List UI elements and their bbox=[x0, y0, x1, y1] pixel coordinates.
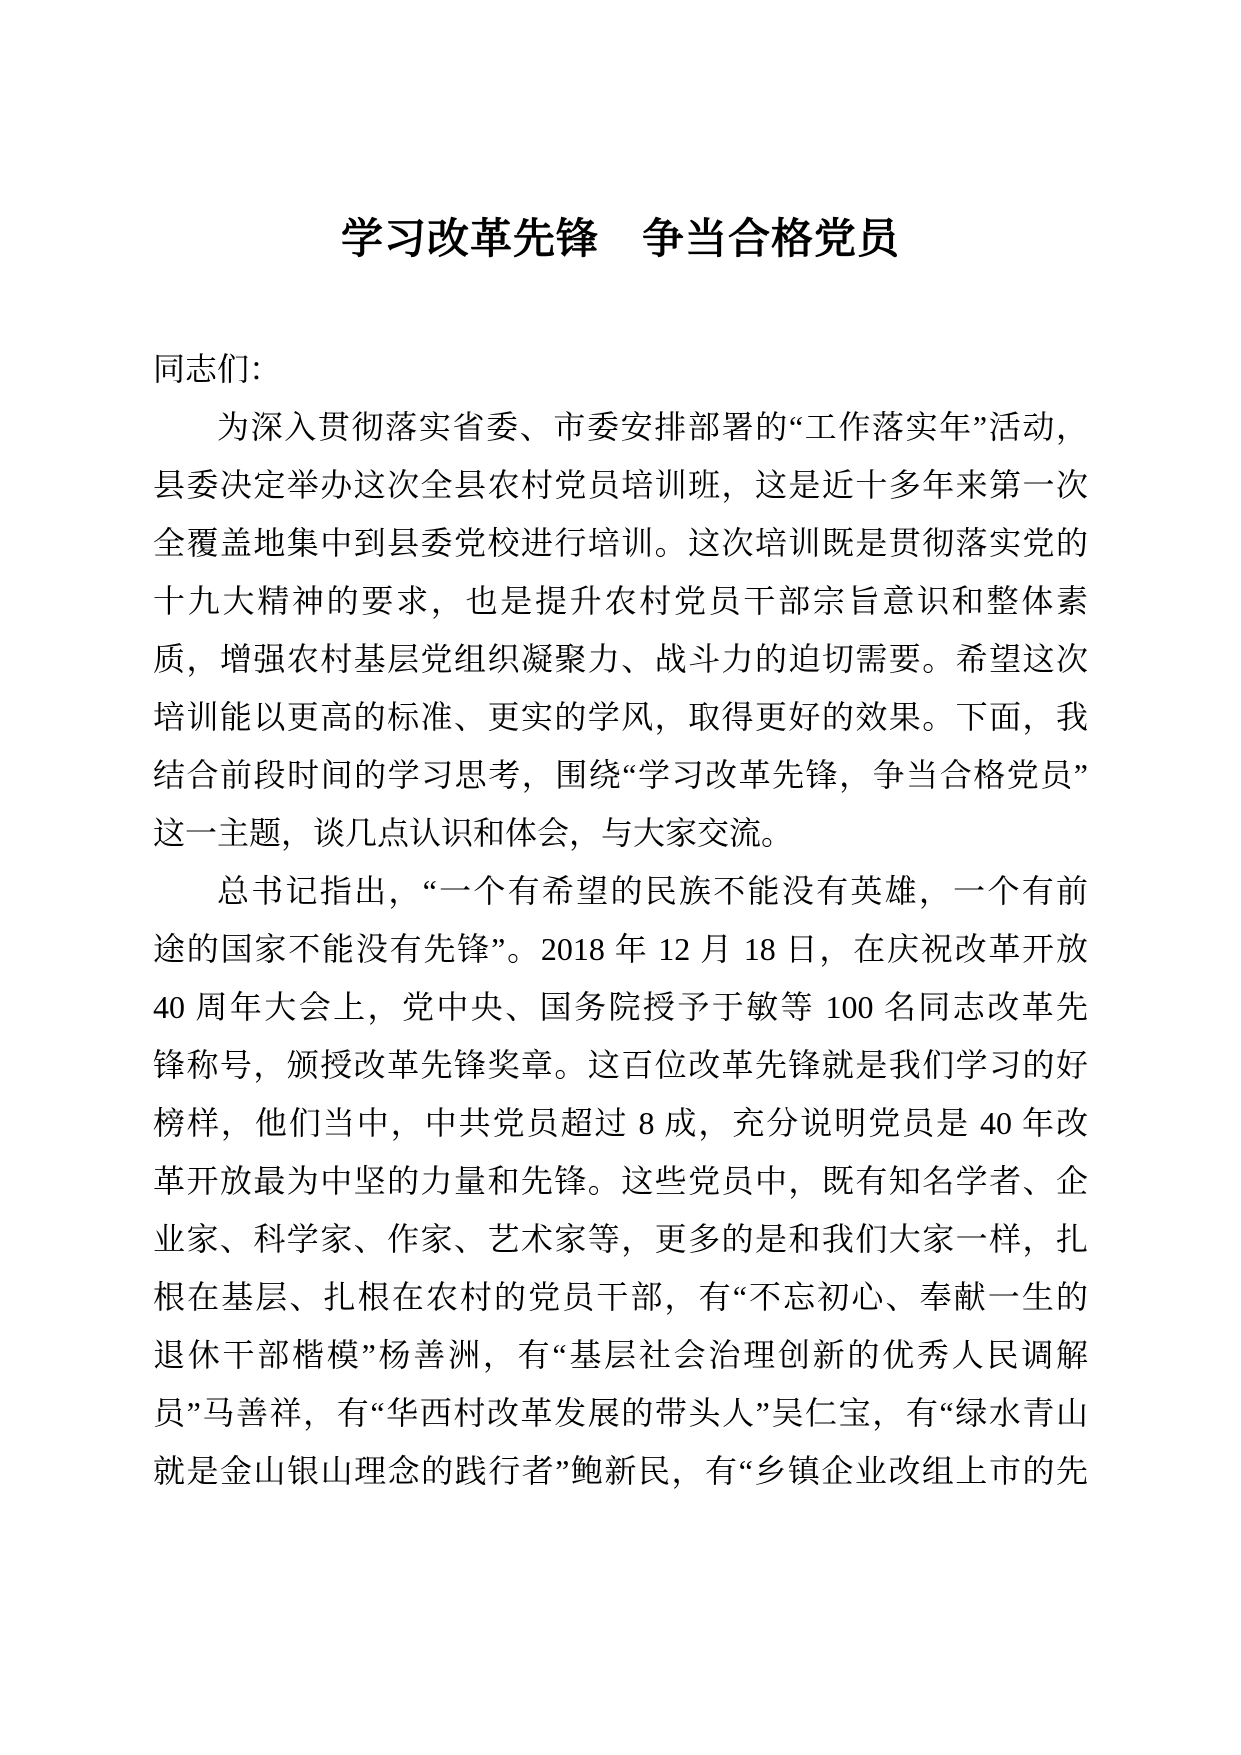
text-line: 全覆盖地集中到县委党校进行培训。这次培训既是贯彻落实党的 bbox=[153, 514, 1088, 572]
text-line: 锋称号，颁授改革先锋奖章。这百位改革先锋就是我们学习的好 bbox=[153, 1036, 1088, 1094]
text-line: 这一主题，谈几点认识和体会，与大家交流。 bbox=[153, 804, 1088, 862]
paragraphs-container: 为深入贯彻落实省委、市委安排部署的“工作落实年”活动，县委决定举办这次全县农村党… bbox=[153, 398, 1088, 1500]
document-body: 同志们： 为深入贯彻落实省委、市委安排部署的“工作落实年”活动，县委决定举办这次… bbox=[153, 340, 1088, 1500]
text-line: 革开放最为中坚的力量和先锋。这些党员中，既有知名学者、企 bbox=[153, 1152, 1088, 1210]
text-line: 根在基层、扎根在农村的党员干部，有“不忘初心、奉献一生的 bbox=[153, 1268, 1088, 1326]
text-line: 十九大精神的要求，也是提升农村党员干部宗旨意识和整体素 bbox=[153, 572, 1088, 630]
text-line: 业家、科学家、作家、艺术家等，更多的是和我们大家一样，扎 bbox=[153, 1210, 1088, 1268]
text-line: 途的国家不能没有先锋”。2018 年 12 月 18 日，在庆祝改革开放 bbox=[153, 920, 1088, 978]
text-line: 总书记指出，“一个有希望的民族不能没有英雄，一个有前 bbox=[153, 862, 1088, 920]
text-line: 为深入贯彻落实省委、市委安排部署的“工作落实年”活动， bbox=[153, 398, 1088, 456]
paragraph: 总书记指出，“一个有希望的民族不能没有英雄，一个有前途的国家不能没有先锋”。20… bbox=[153, 862, 1088, 1500]
document-page: 学习改革先锋 争当合格党员 同志们： 为深入贯彻落实省委、市委安排部署的“工作落… bbox=[0, 0, 1241, 1755]
text-line: 员”马善祥，有“华西村改革发展的带头人”吴仁宝，有“绿水青山 bbox=[153, 1384, 1088, 1442]
salutation-line: 同志们： bbox=[153, 340, 1088, 398]
text-line: 县委决定举办这次全县农村党员培训班，这是近十多年来第一次 bbox=[153, 456, 1088, 514]
text-line: 结合前段时间的学习思考，围绕“学习改革先锋，争当合格党员” bbox=[153, 746, 1088, 804]
text-line: 40 周年大会上，党中央、国务院授予于敏等 100 名同志改革先 bbox=[153, 978, 1088, 1036]
page-title: 学习改革先锋 争当合格党员 bbox=[0, 0, 1241, 268]
text-line: 榜样，他们当中，中共党员超过 8 成，充分说明党员是 40 年改 bbox=[153, 1094, 1088, 1152]
text-line: 就是金山银山理念的践行者”鲍新民，有“乡镇企业改组上市的先 bbox=[153, 1442, 1088, 1500]
text-line: 培训能以更高的标准、更实的学风，取得更好的效果。下面，我 bbox=[153, 688, 1088, 746]
paragraph: 为深入贯彻落实省委、市委安排部署的“工作落实年”活动，县委决定举办这次全县农村党… bbox=[153, 398, 1088, 862]
text-line: 退休干部楷模”杨善洲，有“基层社会治理创新的优秀人民调解 bbox=[153, 1326, 1088, 1384]
text-line: 质，增强农村基层党组织凝聚力、战斗力的迫切需要。希望这次 bbox=[153, 630, 1088, 688]
